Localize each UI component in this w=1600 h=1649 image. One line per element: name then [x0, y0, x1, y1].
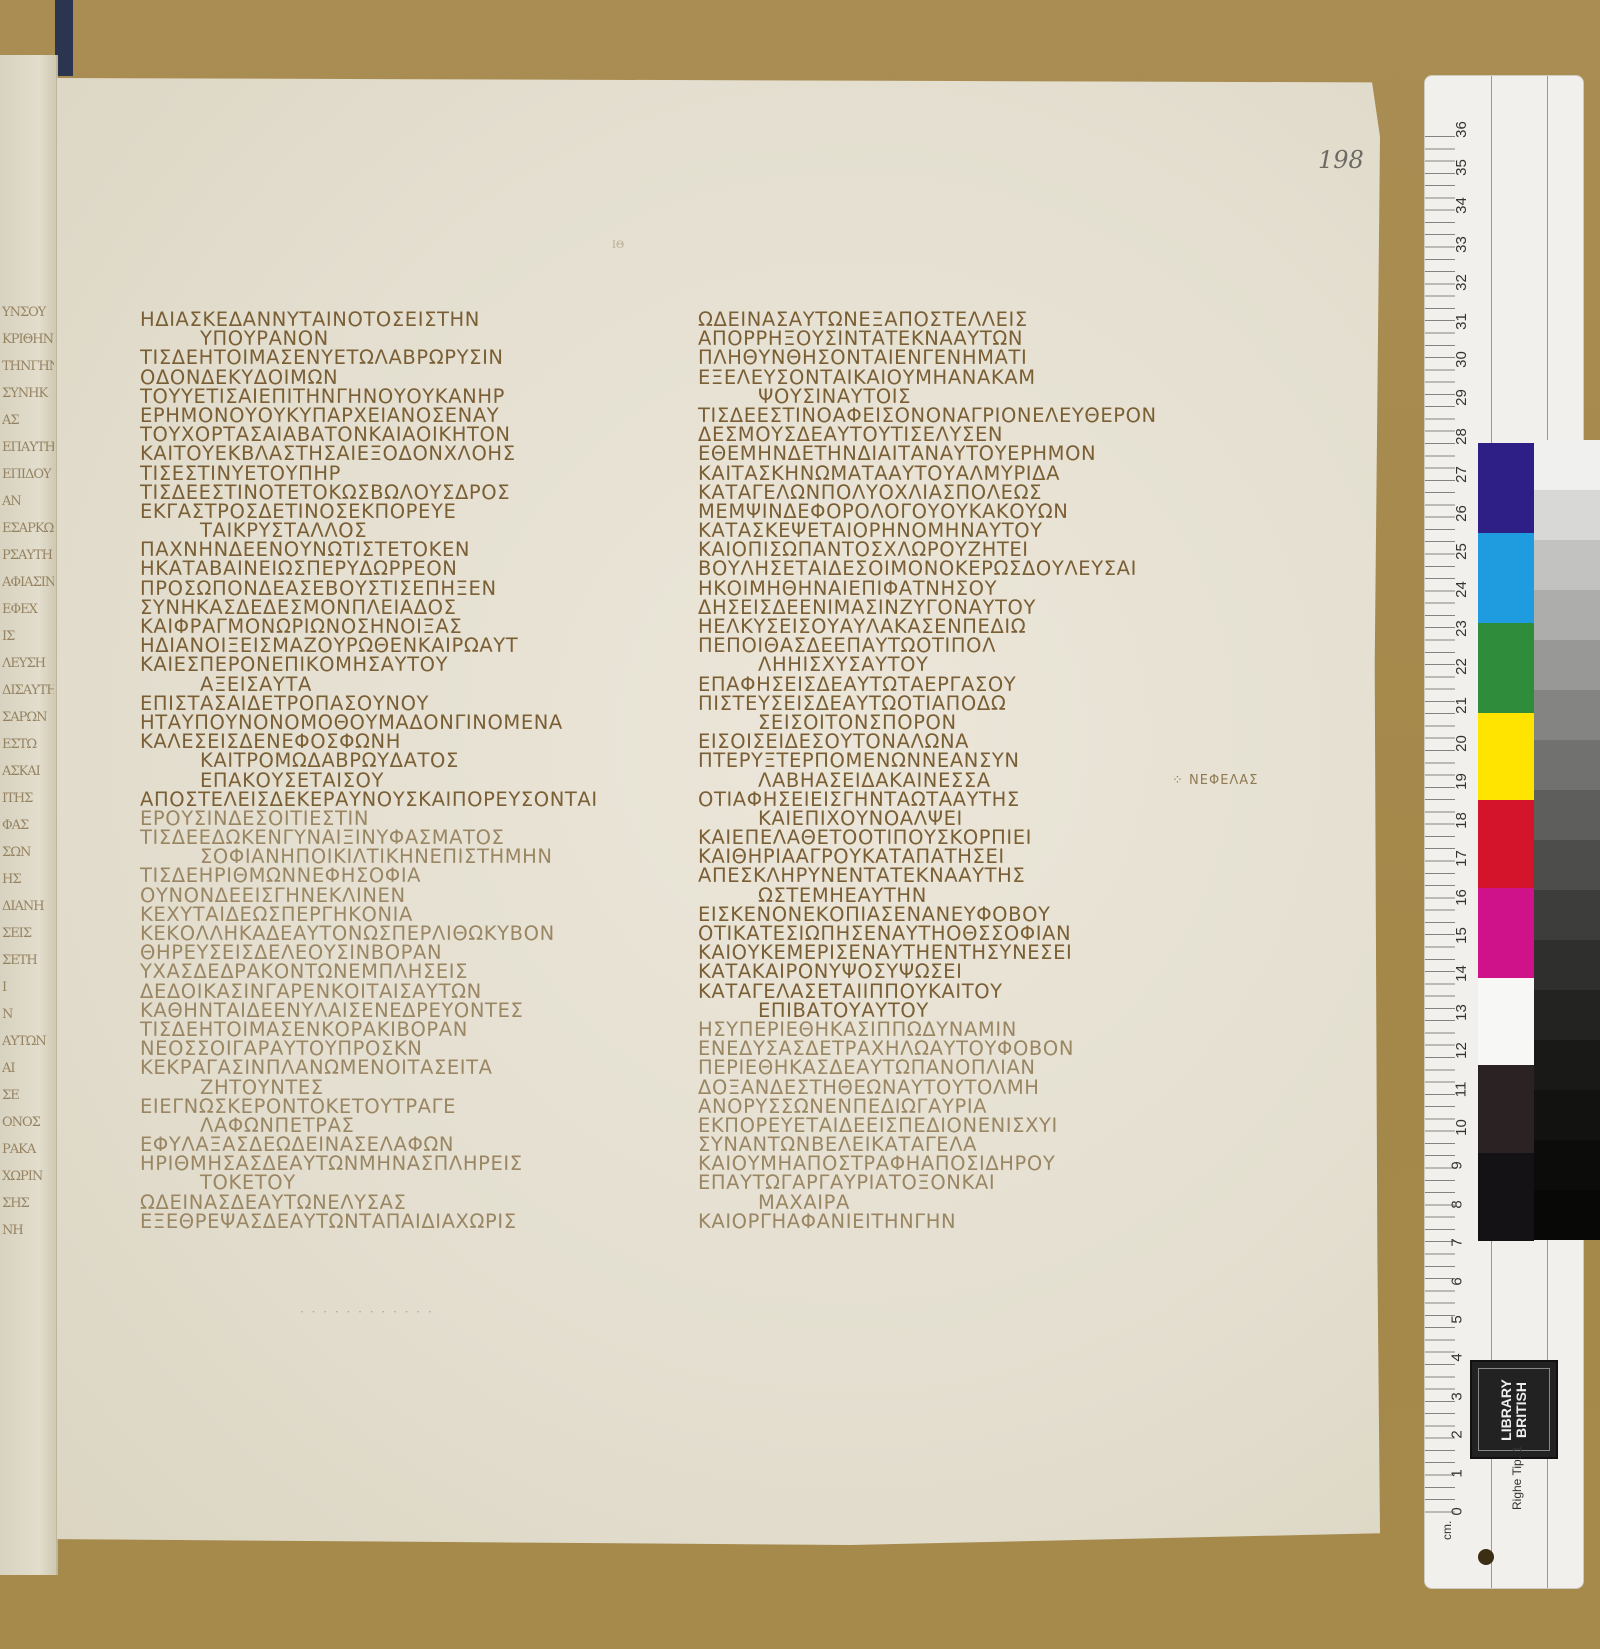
facing-page-fragment: ΡΣΑΥΤΗ — [2, 548, 54, 563]
facing-page-fragment: ΟΝΟΣ — [2, 1115, 54, 1130]
ruler-cm-label: 29 — [1453, 390, 1470, 407]
gray-step — [1534, 490, 1600, 540]
ruler-cm-label: 14 — [1453, 966, 1470, 983]
facing-page-fragment: Ι — [2, 980, 54, 995]
text-line: ΑΞΕΙΣΑΥΤΑ — [140, 675, 598, 694]
facing-page-fragment: ΣΕΙΣ — [2, 926, 54, 941]
facing-page-fragment: ΕΣΑΡΚΩΝ — [2, 521, 54, 536]
text-line: ΤΟΚΕΤΟΥ — [140, 1173, 598, 1192]
ruler-cm-label: 31 — [1453, 313, 1470, 330]
facing-page-fragment: Ν — [2, 1007, 54, 1022]
text-line: ΛΗΗΙΣΧΥΣΑΥΤΟΥ — [698, 655, 1157, 674]
text-line: ΠΕΡΙΕΘΗΚΑΣΔΕΑΥΤΩΠΑΝΟΠΛΙΑΝ — [698, 1058, 1157, 1077]
ruler-cm-label: 15 — [1453, 927, 1470, 944]
running-head: ΙΘ — [612, 240, 624, 251]
brand-line-british: BRITISH — [1513, 1382, 1529, 1438]
gray-step — [1534, 840, 1600, 890]
margin-mark-icon: ⁘ — [1172, 773, 1189, 788]
gray-step — [1534, 1140, 1600, 1190]
ruler-cm-label: 18 — [1453, 812, 1470, 829]
text-line: ΚΑΙΟΡΓΗΑΦΑΝΙΕΙΤΗΝΓΗΝ — [698, 1212, 1157, 1231]
ruler-cm-label: 11 — [1452, 1081, 1469, 1097]
text-line: ΟΥΝΟΝΔΕΕΙΣΓΗΝΕΚΛΙΝΕΝ — [140, 886, 598, 905]
text-line: ΕΠΑΦΗΣΕΙΣΔΕΑΥΤΩΤΑΕΡΓΑΣΟΥ — [698, 675, 1157, 694]
text-line: ΤΙΣΔΕΗΤΟΙΜΑΣΕΝΥΕΤΩΛΑΒΡΩΡΥΣΙΝ — [140, 348, 598, 367]
gray-step — [1534, 790, 1600, 840]
facing-page-fragment: ΑΝ — [2, 494, 54, 509]
ruler-cm-label: 35 — [1453, 159, 1470, 176]
facing-page-fragment: ΑΣ — [2, 413, 54, 428]
facing-page-fragment: ΤΗΝΓΗΝ — [2, 359, 54, 374]
ruler-cm-label: 0 — [1449, 1507, 1466, 1515]
text-line: ΛΑΒΗΑΣΕΙΔΑΚΑΙΝΕΣΣΑ — [698, 771, 1157, 790]
facing-page-fragment: ΕΦΕΧ — [2, 602, 54, 617]
color-patch-cyan — [1478, 533, 1534, 623]
text-line: ΠΤΕΡΥΞΤΕΡΠΟΜΕΝΩΝΝΕΑΝΣΥΝ — [698, 751, 1157, 770]
text-line: ΕΙΕΓΝΩΣΚΕΡΟΝΤΟΚΕΤΟΥΤΡΑΓΕ — [140, 1097, 598, 1116]
text-line: ΚΑΙΕΣΠΕΡΟΝΕΠΙΚΟΜΗΣΑΥΤΟΥ — [140, 655, 598, 674]
margin-note: ⁘ ΝΕΦΕΛΑΣ — [1172, 773, 1258, 788]
ruler-cm-label: 16 — [1453, 889, 1470, 906]
gray-step — [1534, 1040, 1600, 1090]
color-patch-black — [1478, 1153, 1534, 1241]
ruler-cm-label: 26 — [1453, 505, 1470, 522]
gray-step — [1534, 1190, 1600, 1240]
text-line: ΟΔΟΝΔΕΚΥΔΟΙΜΩΝ — [140, 368, 598, 387]
ruler-cm-label: 5 — [1449, 1315, 1466, 1323]
text-column-right: ΩΔΕΙΝΑΣΑΥΤΩΝΕΞΑΠΟΣΤΕΛΛΕΙΣΑΠΟΡΡΗΞΟΥΣΙΝΤΑΤ… — [698, 310, 1157, 1231]
ruler-cm-label: 22 — [1453, 658, 1470, 675]
ruler-cm-label: 4 — [1449, 1354, 1466, 1362]
facing-page-fragment: ΧΩΡΙΝ — [2, 1169, 54, 1184]
ruler-cm-label: 9 — [1449, 1162, 1466, 1170]
ruler-cm-label: 24 — [1453, 582, 1470, 599]
ruler-cm-label: 27 — [1453, 466, 1470, 483]
british-library-label: LIBRARYBRITISH — [1470, 1360, 1558, 1459]
text-line: ΠΛΗΘΥΝΘΗΣΟΝΤΑΙΕΝΓΕΝΗΜΑΤΙ — [698, 348, 1157, 367]
text-line: ΚΑΙΤΟΥΕΚΒΛΑΣΤΗΣΑΙΕΞΟΔΟΝΧΛΟΗΣ — [140, 444, 598, 463]
gray-step — [1534, 440, 1600, 490]
ruler-cm-label: 20 — [1453, 735, 1470, 752]
facing-page-fragment: ΣΥΝΗΚ — [2, 386, 54, 401]
gray-step — [1534, 740, 1600, 790]
ruler-cm-label: 1 — [1449, 1469, 1466, 1477]
text-line: ΕΞΕΛΕΥΣΟΝΤΑΙΚΑΙΟΥΜΗΑΝΑΚΑΜ — [698, 368, 1157, 387]
text-line: ΑΠΕΣΚΛΗΡΥΝΕΝΤΑΤΕΚΝΑΑΥΤΗΣ — [698, 866, 1157, 885]
color-patch-white — [1478, 978, 1534, 1065]
gray-step — [1534, 990, 1600, 1040]
color-patch-magenta — [1478, 888, 1534, 978]
gray-step — [1534, 690, 1600, 740]
text-line: ΚΑΤΑΚΑΙΡΟΝΥΨΟΣΥΨΩΣΕΙ — [698, 962, 1157, 981]
facing-page-fragment: ΣΗΣ — [2, 1196, 54, 1211]
grayscale-strip — [1534, 440, 1600, 1240]
ruler-cm-label: 36 — [1453, 121, 1470, 138]
gray-step — [1534, 540, 1600, 590]
facing-page-fragment: ΛΕΥΣΗ — [2, 656, 54, 671]
facing-page-fragment: ΣΩΝ — [2, 845, 54, 860]
facing-page-fragment: ΝΗ — [2, 1223, 54, 1238]
text-line: ΚΑΙΤΑΣΚΗΝΩΜΑΤΑΑΥΤΟΥΑΛΜΥΡΙΔΑ — [698, 464, 1157, 483]
folio-number: 198 — [1318, 146, 1364, 174]
ruler-cm-label: 23 — [1453, 620, 1470, 637]
color-patch-yellow — [1478, 713, 1534, 800]
ruler-cm-label: 2 — [1449, 1431, 1466, 1439]
ruler-cm-label: 6 — [1449, 1277, 1466, 1285]
text-line: ΕΘΕΜΗΝΔΕΤΗΝΔΙΑΙΤΑΝΑΥΤΟΥΕΡΗΜΟΝ — [698, 444, 1157, 463]
text-line: ΑΝΟΡΥΣΣΩΝΕΝΠΕΔΙΩΓΑΥΡΙΑ — [698, 1097, 1157, 1116]
facing-page-fragment: ΙΣ — [2, 629, 54, 644]
facing-page-fragment: ΔΙΣΑΥΤΗ — [2, 683, 54, 698]
text-line: ΔΕΔΟΙΚΑΣΙΝΓΑΡΕΝΚΟΙΤΑΙΣΑΥΤΩΝ — [140, 982, 598, 1001]
faint-bottom-annotation: · · · · · · · · · · · · — [300, 1305, 434, 1319]
ruler-cm-label: 28 — [1453, 428, 1470, 445]
facing-page-fragment: ΑΙ — [2, 1061, 54, 1076]
brand-line-library: LIBRARY — [1498, 1379, 1514, 1441]
gray-step — [1534, 640, 1600, 690]
gray-step — [1534, 890, 1600, 940]
ruler-cm-label: 7 — [1449, 1239, 1466, 1247]
text-line: ΠΡΟΣΩΠΟΝΔΕΑΣΕΒΟΥΣΤΙΣΕΠΗΞΕΝ — [140, 579, 598, 598]
text-line: ΚΑΙΤΡΟΜΩΔΑΒΡΩΥΔΑΤΟΣ — [140, 751, 598, 770]
text-line: ΤΙΣΕΣΤΙΝΥΕΤΟΥΠΗΡ — [140, 464, 598, 483]
text-line: ΚΑΤΑΓΕΛΩΝΠΟΛΥΟΧΛΙΑΣΠΟΛΕΩΣ — [698, 483, 1157, 502]
text-column-left: ΗΔΙΑΣΚΕΔΑΝΝΥΤΑΙΝΟΤΟΣΕΙΣΤΗΝΥΠΟΥΡΑΝΟΝΤΙΣΔΕ… — [140, 310, 598, 1231]
facing-page-fragment: ΑΥΤΩΝ — [2, 1034, 54, 1049]
text-line: ΔΟΞΑΝΔΕΣΤΗΘΕΩΝΑΥΤΟΥΤΟΛΜΗ — [698, 1078, 1157, 1097]
text-line: ΚΕΚΡΑΓΑΣΙΝΠΛΑΝΩΜΕΝΟΙΤΑΣΕΙΤΑ — [140, 1058, 598, 1077]
text-line: ΕΠΑΚΟΥΣΕΤΑΙΣΟΥ — [140, 771, 598, 790]
color-patch-blue-violet — [1478, 443, 1534, 533]
text-line: ΤΙΣΔΕΗΡΙΘΜΩΝΝΕΦΗΣΟΦΙΑ — [140, 866, 598, 885]
ruler-hang-hole — [1478, 1549, 1494, 1565]
facing-page-fragment: ΣΕ — [2, 1088, 54, 1103]
facing-page-fragment: ΑΦΙΑΣΙΝ — [2, 575, 54, 590]
facing-page-fragment: ΔΙΑΝΗ — [2, 899, 54, 914]
ruler-cm-label: 19 — [1453, 774, 1470, 791]
facing-page-fragment: ΗΣ — [2, 872, 54, 887]
text-line: ΜΑΧΑΙΡΑ — [698, 1193, 1157, 1212]
ruler-cm-label: 13 — [1453, 1004, 1470, 1021]
margin-note-text: ΝΕΦΕΛΑΣ — [1189, 773, 1258, 788]
text-line: ΚΑΤΑΓΕΛΑΣΕΤΑΙΙΠΠΟΥΚΑΙΤΟΥ — [698, 982, 1157, 1001]
facing-page-fragment: ΣΕΤΗ — [2, 953, 54, 968]
facing-page-fragment: ΣΑΡΩΝ — [2, 710, 54, 725]
facing-page-fragment: ΑΣΚΑΙ — [2, 764, 54, 779]
facing-page-fragment: ΚΡΙΘΗΝ — [2, 332, 54, 347]
text-line: ΖΗΤΟΥΝΤΕΣ — [140, 1078, 598, 1097]
facing-page-fragment: ΕΣΤΩ — [2, 737, 54, 752]
gray-step — [1534, 1090, 1600, 1140]
color-patch-red — [1478, 800, 1534, 888]
facing-page-fragment: ΙΤΗΣ — [2, 791, 54, 806]
ruler-cm-label: 32 — [1453, 274, 1470, 291]
text-line: ΤΙΣΔΕΕΣΤΙΝΟΤΕΤΟΚΩΣΒΩΛΟΥΣΔΡΟΣ — [140, 483, 598, 502]
ruler-cm-label: 30 — [1453, 351, 1470, 368]
ruler-cm-label: 3 — [1449, 1392, 1466, 1400]
text-line: ΩΣΤΕΜΗΕΑΥΤΗΝ — [698, 886, 1157, 905]
ruler-cm-label: 21 — [1453, 697, 1470, 714]
ruler-cm-label: 33 — [1453, 236, 1470, 253]
ruler-unit-label: cm. — [1440, 1521, 1454, 1540]
text-line: ΒΟΥΛΗΣΕΤΑΙΔΕΣΟΙΜΟΝΟΚΕΡΩΣΔΟΥΛΕΥΣΑΙ — [698, 559, 1157, 578]
ruler-cm-label: 17 — [1453, 850, 1470, 867]
ruler-cm-label: 25 — [1453, 543, 1470, 560]
text-line: ΩΔΕΙΝΑΣΔΕΑΥΤΩΝΕΛΥΣΑΣ — [140, 1193, 598, 1212]
facing-page-fragment: ΕΠΙΔΟΥ — [2, 467, 54, 482]
ruler-secondary-label: Righe Tip. 1 — [1510, 1446, 1524, 1510]
ruler-tick-marks — [1425, 136, 1455, 1516]
ruler-cm-label: 34 — [1453, 198, 1470, 215]
facing-page-fragment: ΥΝΣΟΥ — [2, 305, 54, 320]
text-line: ΑΠΟΣΤΕΛΕΙΣΔΕΚΕΡΑΥΝΟΥΣΚΑΙΠΟΡΕΥΣΟΝΤΑΙ — [140, 790, 598, 809]
facing-page-edge: ΥΝΣΟΥΚΡΙΘΗΝΤΗΝΓΗΝΣΥΝΗΚΑΣΕΠΑΥΤΗΕΠΙΔΟΥΑΝΕΣ… — [0, 55, 58, 1575]
text-line: ΕΞΕΘΡΕΨΑΣΔΕΑΥΤΩΝΤΑΠΑΙΔΙΑΧΩΡΙΣ — [140, 1212, 598, 1231]
ruler-cm-label: 8 — [1449, 1200, 1466, 1208]
text-line: ΗΚΟΙΜΗΘΗΝΑΙΕΠΙΦΑΤΝΗΣΟΥ — [698, 579, 1157, 598]
color-patch-dark-brown — [1478, 1065, 1534, 1153]
text-line: ΕΠΑΥΤΩΓΑΡΓΑΥΡΙΑΤΟΞΟΝΚΑΙ — [698, 1173, 1157, 1192]
facing-page-fragment: ΡΑΚΑ — [2, 1142, 54, 1157]
text-line: ΟΤΙΑΦΗΣΕΙΕΙΣΓΗΝΤΑΩΤΑΑΥΤΗΣ — [698, 790, 1157, 809]
gray-step — [1534, 590, 1600, 640]
facing-page-fragment: ΕΠΑΥΤΗ — [2, 440, 54, 455]
color-patch-green — [1478, 623, 1534, 713]
gray-step — [1534, 940, 1600, 990]
text-line: ΥΧΑΣΔΕΔΡΑΚΟΝΤΩΝΕΜΠΛΗΣΕΙΣ — [140, 962, 598, 981]
ruler-cm-label: 10 — [1453, 1119, 1470, 1136]
text-line: ΗΚΑΤΑΒΑΙΝΕΙΩΣΠΕΡΥΔΩΡΡΕΟΝ — [140, 559, 598, 578]
facing-page-fragment: ΦΑΣ — [2, 818, 54, 833]
ruler-cm-label: 12 — [1453, 1042, 1470, 1059]
